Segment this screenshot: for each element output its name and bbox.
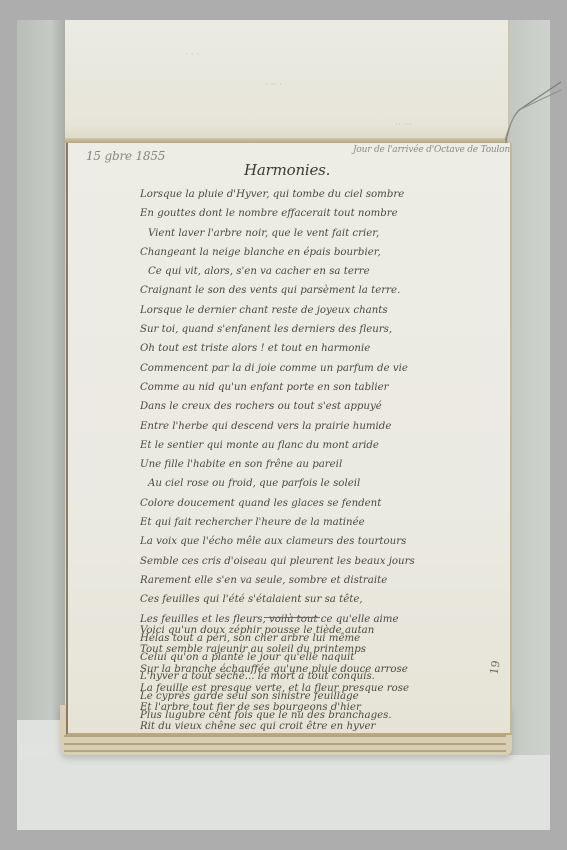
verse-line: Sur la branche échauffée qu'une pluie do…: [140, 660, 480, 679]
verse-line: Lorsque le dernier chant reste de joyeux…: [140, 301, 480, 320]
margin-note: Jour de l'arrivée d'Octave de Toulon: [353, 145, 510, 155]
page-edge-line: [64, 743, 506, 745]
page-edge-line: [64, 750, 506, 752]
date-annotation: 15 gbre 1855: [86, 149, 165, 163]
verse-line: Ces feuilles qui l'été s'étalaient sur s…: [140, 590, 480, 609]
bookmark-ribbon: [503, 80, 563, 150]
verse-line: Et qui fait rechercher l'heure de la mat…: [140, 513, 480, 532]
verse-line: Changeant la neige blanche en épais bour…: [140, 243, 480, 262]
page-number: 19: [487, 659, 502, 675]
bleed-mark: · ·· ·: [265, 80, 282, 90]
verse-line: En gouttes dont le nombre effacerait tou…: [140, 204, 480, 223]
verse-line: Craignant le son des vents qui parsèment…: [140, 281, 480, 300]
verse-line: Entre l'herbe qui descend vers la prairi…: [140, 417, 480, 436]
table-surface: [17, 755, 550, 830]
poem-title: Harmonies.: [244, 161, 330, 179]
verse-line: La feuille est presque verte, et la fleu…: [140, 679, 480, 698]
verse-line: Dans le creux des rochers ou tout s'est …: [140, 397, 480, 416]
verse-line: Au ciel rose ou froid, que parfois le so…: [140, 474, 480, 493]
manuscript-page: 15 gbre 1855 Jour de l'arrivée d'Octave …: [66, 143, 512, 735]
bleed-mark: ·· ···: [395, 120, 412, 130]
verse-line: La voix que l'écho mêle aux clameurs des…: [140, 532, 480, 551]
verse-line: Vient laver l'arbre noir, que le vent fa…: [140, 224, 480, 243]
verse-line: Ce qui vit, alors, s'en va cacher en sa …: [140, 262, 480, 281]
stanza-2: Voici qu'un doux zéphir pousse le tiède …: [140, 621, 480, 737]
verse-line: Oh tout est triste alors ! et tout en ha…: [140, 339, 480, 358]
verse-line: Et le sentier qui monte au flanc du mont…: [140, 436, 480, 455]
verse-line: Et l'arbre tout fier de ses bourgeons d'…: [140, 698, 480, 717]
verse-line: Colore doucement quand les glaces se fen…: [140, 494, 480, 513]
verse-line: Rarement elle s'en va seule, sombre et d…: [140, 571, 480, 590]
facing-page-bleedthrough: · · · · ·· · ·· ···: [65, 20, 510, 142]
verse-line: Tout semble rajeunir au soleil du printe…: [140, 640, 480, 659]
verse-line: Une fille l'habite en son frêne au parei…: [140, 455, 480, 474]
verse-line: Lorsque la pluie d'Hyver, qui tombe du c…: [140, 185, 480, 204]
stanza-divider: [264, 617, 320, 618]
bleed-mark: · · ·: [185, 50, 199, 60]
left-binding-shadow: [17, 20, 65, 720]
verse-line: Rit du vieux chêne sec qui croit être en…: [140, 717, 480, 736]
verse-line: Commencent par la di joie comme un parfu…: [140, 359, 480, 378]
verse-line: Sur toi, quand s'enfanent les derniers d…: [140, 320, 480, 339]
verse-line: Comme au nid qu'un enfant porte en son t…: [140, 378, 480, 397]
verse-line: Voici qu'un doux zéphir pousse le tiède …: [140, 621, 480, 640]
verse-line: Semble ces cris d'oiseau qui pleurent le…: [140, 552, 480, 571]
